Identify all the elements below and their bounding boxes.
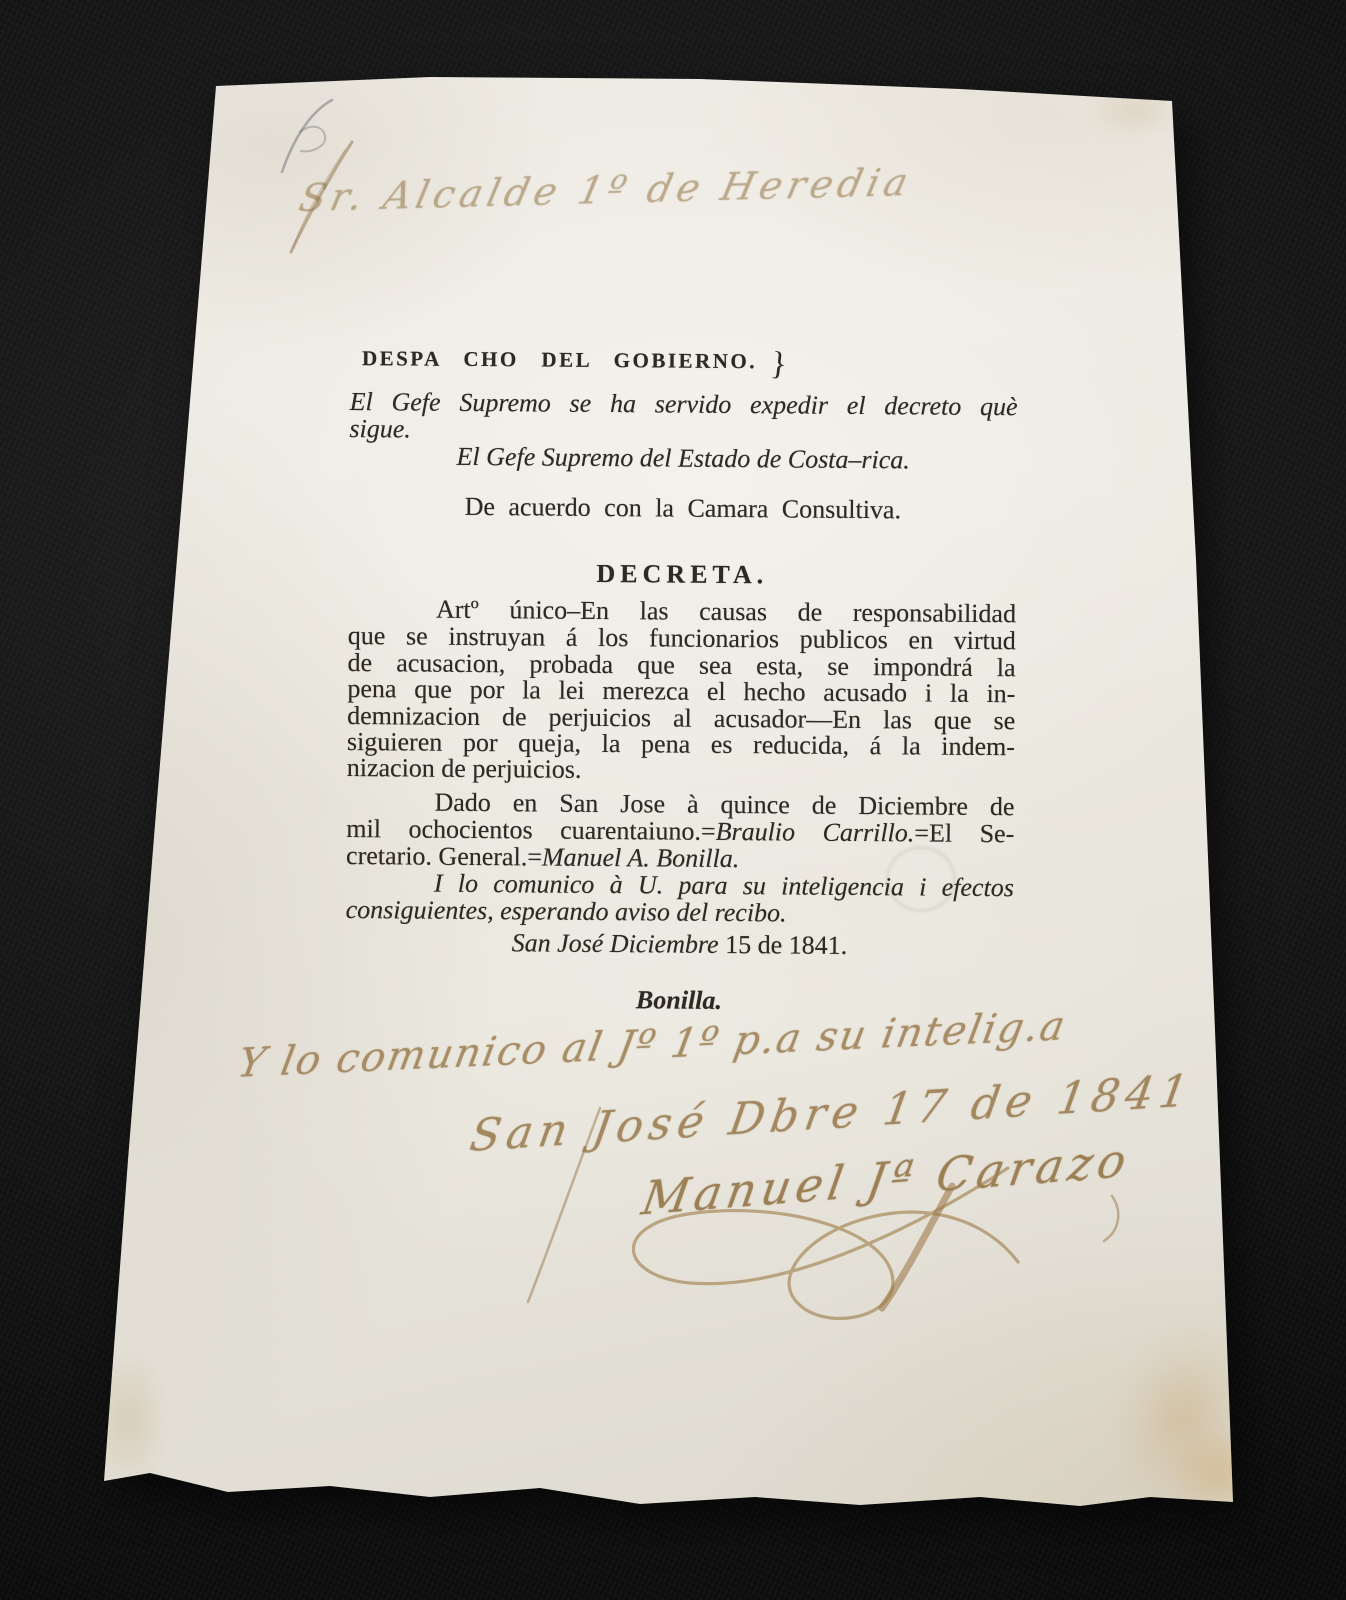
comunico-line-2: consiguientes, esperando aviso del recib… xyxy=(346,896,1014,928)
accord-line: De acuerdo con la Camara Consultiva. xyxy=(349,492,1017,524)
braulio-carrillo-name: Braulio Carrillo. xyxy=(716,817,915,848)
mil-line-roman-c: =El Se- xyxy=(914,818,1014,848)
office-heading-row: DESPA CHO DEL GOBIERNO. } xyxy=(350,346,1018,381)
dateline: San José Diciembre 15 de 1841. xyxy=(345,928,1013,960)
heading-brace: } xyxy=(769,349,788,381)
paper-wrap: DESPA CHO DEL GOBIERNO. } El Gefe Suprem… xyxy=(0,0,1346,1600)
dateline-place: San José Diciembre xyxy=(512,928,719,959)
decree-heading: DECRETA. xyxy=(348,558,1016,590)
manuel-bonilla-name: Manuel A. Bonilla. xyxy=(542,843,740,874)
photo-scene: DESPA CHO DEL GOBIERNO. } El Gefe Suprem… xyxy=(0,0,1346,1600)
authority-line: El Gefe Supremo del Estado de Costa–rica… xyxy=(349,442,1017,474)
dateline-date: 15 de 1841. xyxy=(719,930,848,960)
document-paper: DESPA CHO DEL GOBIERNO. } El Gefe Suprem… xyxy=(0,0,1346,1600)
cretario-roman: cretario. General.= xyxy=(346,841,542,872)
printed-text-block: DESPA CHO DEL GOBIERNO. } El Gefe Suprem… xyxy=(0,0,1346,1600)
office-heading: DESPA CHO DEL GOBIERNO. xyxy=(350,346,757,374)
article-line: nizacion de perjuicios. xyxy=(347,754,1015,786)
